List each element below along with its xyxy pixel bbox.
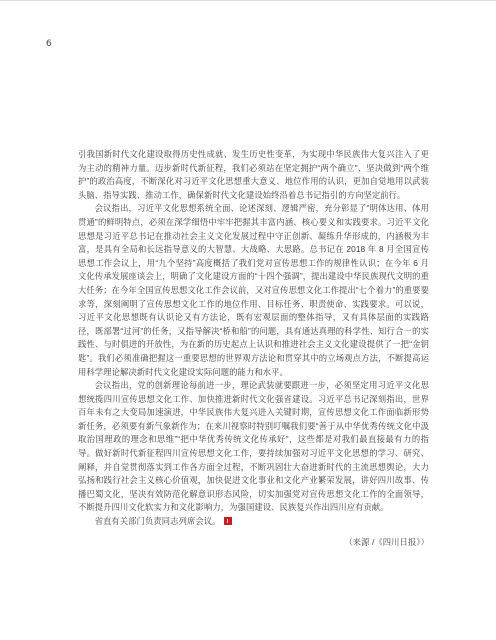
paragraph-meeting-point-1: 会议指出，习近平文化思想系统全面、论述深刻、逻辑严密，充分彰显了“明体达用、体用… [78, 202, 429, 379]
article-body: 引我国新时代文化建设取得历史性成就、发生历史性变革，为实现中华民族伟大复兴注入了… [78, 148, 429, 549]
paragraph-meeting-point-2: 会议指出，党的创新理论每前进一步，理论武装就要跟进一步，必须坚定用习近平文化思想… [78, 379, 429, 515]
paragraph-continuation: 引我国新时代文化建设取得历史性成就、发生历史性变革，为实现中华民族伟大复兴注入了… [78, 148, 429, 202]
source-line: （来源 /《四川日报》） [78, 536, 429, 550]
article-end-icon [224, 517, 232, 525]
paragraph-closing: 省直有关部门负责同志列席会议。 [78, 515, 429, 529]
closing-text: 省直有关部门负责同志列席会议。 [95, 516, 221, 526]
page-number: 6 [46, 39, 52, 49]
document-page: 6 引我国新时代文化建设取得历史性成就、发生历史性变革，为实现中华民族伟大复兴注… [0, 1, 496, 640]
